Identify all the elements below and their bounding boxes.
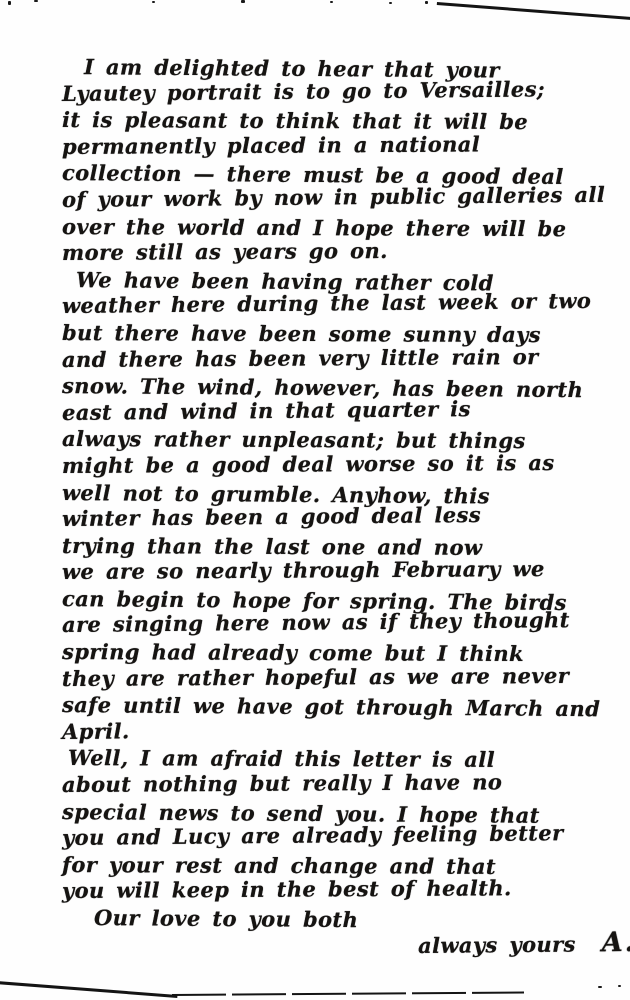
letter-line: you and Lucy are already feeling better [62, 820, 624, 852]
letter-line: they are rather hopeful as we are never [62, 662, 624, 692]
scan-edge-bottom-left [0, 981, 177, 997]
scan-speck [389, 2, 392, 4]
scan-edge-top-right [437, 2, 630, 20]
letter-line: about nothing but really I have no [62, 769, 624, 799]
signature-line: always yours A. L. [418, 930, 624, 959]
letter-line: permanently placed in a national [62, 130, 624, 160]
scan-speck [241, 0, 245, 3]
letter-line: we are so nearly through February we [62, 556, 624, 586]
scan-speck [425, 1, 428, 4]
letter-line: are singing here now as if they thought [62, 607, 624, 639]
scan-speck [8, 1, 11, 5]
letter-line: of your work by now in public galleries … [62, 182, 624, 214]
letter-line: you will keep in the best of health. [62, 875, 624, 905]
scan-speck [152, 1, 155, 3]
letter-body: I am delighted to hear that your Lyautey… [62, 54, 624, 958]
scan-speck [598, 986, 602, 988]
letter-line: April. [62, 713, 624, 745]
scan-speck [618, 985, 621, 987]
signature: A. L. [602, 929, 630, 956]
scan-speck [34, 0, 38, 2]
letter-line: east and wind in that quarter is [62, 394, 624, 426]
letter-page: I am delighted to hear that your Lyautey… [0, 0, 630, 1000]
letter-line: and there has been very little rain or [62, 343, 624, 373]
letter-line: Lyautey portrait is to go to Versailles; [62, 75, 624, 107]
letter-line: winter has been a good deal less [62, 501, 624, 533]
valediction: always yours [418, 931, 576, 959]
letter-line: more still as years go on. [62, 237, 624, 267]
scan-speck [330, 1, 333, 3]
letter-line: might be a good deal worse so it is as [62, 449, 624, 479]
scan-edge-bottom [172, 992, 524, 996]
letter-line: weather here during the last week or two [62, 288, 624, 320]
